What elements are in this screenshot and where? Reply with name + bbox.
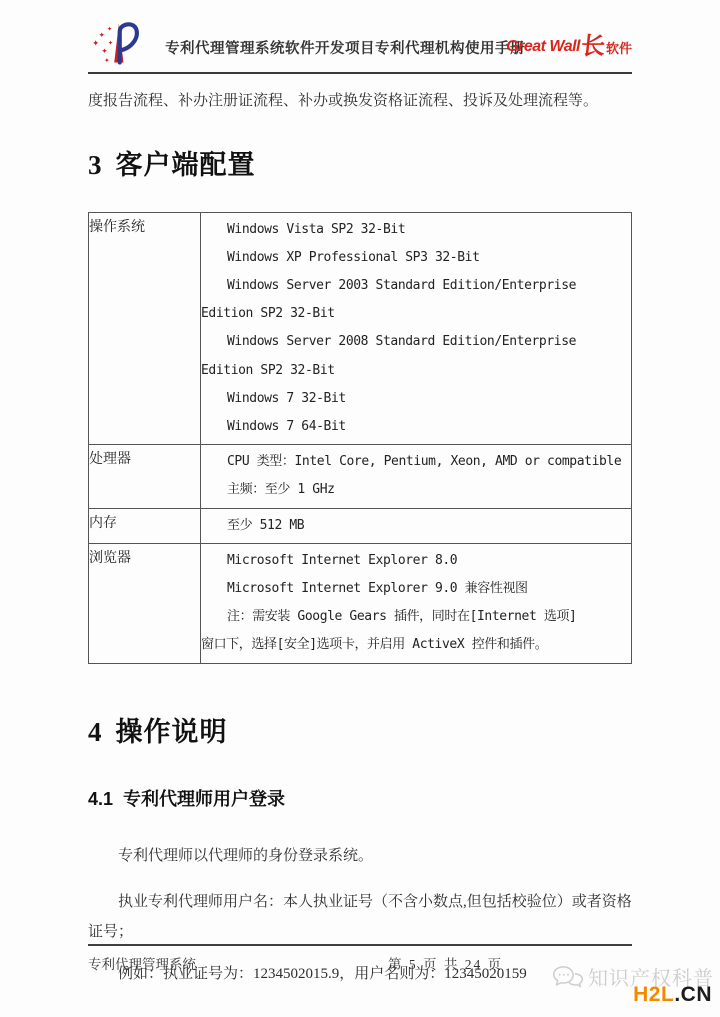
document-page: ✦ ✦ ✦ ✦ ✦ ✦ 专利代理管理系统软件开发项目专利代理机构使用手册 Gre…: [0, 0, 720, 1017]
os-line-continuation: Edition SP2 32-Bit: [201, 357, 631, 385]
cpu-values: CPU 类型：Intel Core, Pentium, Xeon, AMD or…: [201, 445, 632, 508]
section4-title: 操作说明: [116, 717, 228, 747]
section3-heading: 3客户端配置: [88, 143, 632, 182]
os-line: Windows 7 64-Bit: [201, 413, 631, 441]
browser-label: 浏览器: [89, 543, 201, 663]
page-content: ✦ ✦ ✦ ✦ ✦ ✦ 专利代理管理系统软件开发项目专利代理机构使用手册 Gre…: [0, 24, 720, 989]
intro-paragraph: 度报告流程、补办注册证流程、补办或换发资格证流程、投诉及处理流程等。: [88, 90, 632, 113]
username-paragraph: 执业专利代理师用户名：本人执业证号（不含小数点,但包括校验位）或者资格证号；: [88, 887, 632, 947]
memory-label: 内存: [89, 508, 201, 543]
svg-text:✦: ✦: [108, 40, 113, 47]
os-line-continuation: Edition SP2 32-Bit: [201, 300, 631, 328]
table-row-browser: 浏览器 Microsoft Internet Explorer 8.0 Micr…: [89, 543, 632, 663]
os-line: Windows Server 2008 Standard Edition/Ent…: [201, 328, 631, 356]
footer-page-number: 第 5 页 共 24 页: [388, 953, 503, 973]
svg-text:✦: ✦: [107, 26, 112, 33]
login-paragraph: 专利代理师以代理师的身份登录系统。: [88, 841, 632, 871]
site-watermark: 知识产权科普 H2L.CN: [552, 962, 714, 1007]
section41-title: 专利代理师用户登录: [123, 789, 285, 809]
table-row-os: 操作系统 Windows Vista SP2 32-Bit Windows XP…: [89, 212, 632, 445]
cpu-line: 主频：至少 1 GHz: [201, 476, 631, 504]
cpu-label: 处理器: [89, 445, 201, 508]
table-row-cpu: 处理器 CPU 类型：Intel Core, Pentium, Xeon, AM…: [89, 445, 632, 508]
section3-number: 3: [88, 150, 102, 180]
cpu-line: CPU 类型：Intel Core, Pentium, Xeon, AMD or…: [201, 448, 631, 476]
section3-title: 客户端配置: [116, 150, 256, 180]
browser-line: Microsoft Internet Explorer 8.0: [201, 547, 631, 575]
patent-agency-logo-icon: ✦ ✦ ✦ ✦ ✦ ✦: [88, 22, 146, 68]
chat-bubbles-icon: [552, 965, 584, 989]
os-label: 操作系统: [89, 212, 201, 445]
footer-app-name: 专利代理管理系统: [88, 957, 196, 972]
browser-line: 注：需安装 Google Gears 插件，同时在[Internet 选项]: [201, 603, 631, 631]
client-config-table: 操作系统 Windows Vista SP2 32-Bit Windows XP…: [88, 212, 632, 664]
browser-values: Microsoft Internet Explorer 8.0 Microsof…: [201, 543, 632, 663]
greatwall-mark-icon: 长: [580, 35, 607, 59]
watermark-tld: .CN: [674, 983, 712, 1006]
browser-line-continuation: 窗口下，选择[安全]选项卡，并启用 ActiveX 控件和插件。: [201, 631, 631, 659]
section4-heading: 4操作说明: [88, 710, 632, 749]
document-title: 专利代理管理系统软件开发项目专利代理机构使用手册: [158, 37, 532, 58]
svg-text:✦: ✦: [101, 46, 107, 55]
svg-text:✦: ✦: [92, 38, 99, 47]
table-row-memory: 内存 至少 512 MB: [89, 508, 632, 543]
memory-values: 至少 512 MB: [201, 508, 632, 543]
page-footer: 专利代理管理系统 第 5 页 共 24 页: [88, 944, 632, 973]
os-values: Windows Vista SP2 32-Bit Windows XP Prof…: [201, 212, 632, 445]
os-line: Windows XP Professional SP3 32-Bit: [201, 244, 631, 272]
greatwall-logo: Great Wall 长 软件: [506, 35, 632, 59]
page-header: ✦ ✦ ✦ ✦ ✦ ✦ 专利代理管理系统软件开发项目专利代理机构使用手册 Gre…: [88, 24, 632, 74]
greatwall-logo-text: Great Wall: [506, 38, 580, 56]
svg-text:✦: ✦: [99, 30, 105, 39]
os-line: Windows Vista SP2 32-Bit: [201, 216, 631, 244]
memory-line: 至少 512 MB: [201, 512, 631, 540]
greatwall-logo-suffix: 软件: [606, 38, 632, 57]
watermark-brand: H2L: [633, 983, 674, 1006]
patent-agency-logo: ✦ ✦ ✦ ✦ ✦ ✦: [88, 22, 158, 73]
browser-line: Microsoft Internet Explorer 9.0 兼容性视图: [201, 575, 631, 603]
section41-number: 4.1: [88, 789, 113, 809]
os-line: Windows 7 32-Bit: [201, 385, 631, 413]
svg-text:✦: ✦: [104, 57, 109, 64]
section4-number: 4: [88, 717, 102, 747]
os-line: Windows Server 2003 Standard Edition/Ent…: [201, 272, 631, 300]
section41-heading: 4.1专利代理师用户登录: [88, 785, 632, 811]
